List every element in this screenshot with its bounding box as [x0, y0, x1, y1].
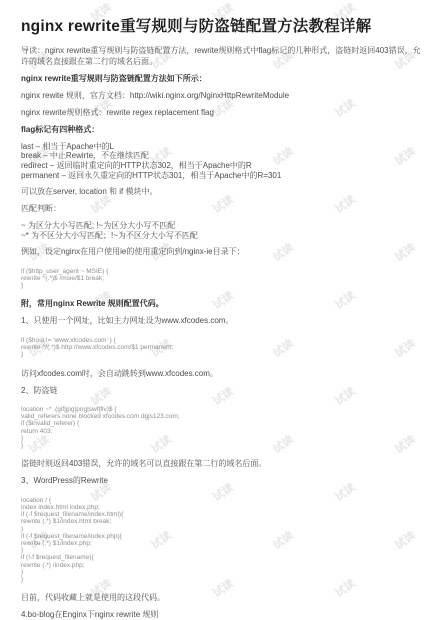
code-block-host-redirect: if ($host != 'www.xfcodes.com' ) { rewri…: [21, 337, 422, 359]
paragraph-item-1: 1、只使用一个网址，比如主力网址设为www.xfcodes.com。: [21, 316, 422, 327]
paragraph-official-doc: nginx rewite 规则，官方文档：http://wiki.nginx.o…: [21, 91, 422, 102]
section-heading-common-code: 附，常用nginx Rewrite 规则配置代码。: [21, 299, 422, 310]
match-rules-list: ~ 为区分大小写匹配; !~为区分大小写不匹配 ~* 为不区分大小写匹配；!~为…: [21, 221, 422, 241]
section-heading-flag: flag标记有四种格式：: [21, 125, 422, 136]
paragraph-ie-example: 例如，设定nginx在用户使用ie的使用重定向到/nginx-ie目录下：: [21, 247, 422, 258]
paragraph-403-note: 盗链时则返回403错误，允许的域名可以直接跟在第二行的域名后面。: [21, 459, 422, 470]
paragraph-current-use: 目前，代码收藏上就是使用的这段代码。: [21, 593, 422, 604]
paragraph-item-3: 3、WordPress的Rewrite: [21, 476, 422, 487]
paragraph-auto-jump: 访问xfcodes.com时，会自动跳转到www.xfcodes.com。: [21, 369, 422, 380]
paragraph-item-2: 2、防盗链: [21, 386, 422, 397]
paragraph-rewrite-format: nginx rewrite规则格式：rewrite regex replacem…: [21, 108, 422, 119]
code-block-msie: if ($http_user_agent ~ MSIE) { rewrite ^…: [21, 268, 422, 290]
code-block-wordpress: location / { index index.html index.php;…: [21, 497, 422, 583]
paragraph-server-location: 可以放在server, location 和 if 模块中。: [21, 187, 422, 198]
section-heading-config: nginx rewrite重写规则与防盗链配置方法如下所示：: [21, 74, 422, 85]
article: nginx rewrite重写规则与防盗链配置方法教程详解 导读：nginx r…: [0, 0, 440, 620]
paragraph-item-4: 4.bo-blog在Enginx下nginx rewrite 规则: [21, 610, 422, 620]
page: { "watermark": { "text": "试读", "color": …: [0, 0, 440, 620]
flag-format-list: last – 相当于Apache中的L break – 中止Rewirte，不在…: [21, 142, 422, 181]
code-block-hotlink: location ~* .(gif|jpg|png|swf|flv)$ { va…: [21, 406, 422, 449]
lead-paragraph: 导读：nginx rewrite重写规则与防盗链配置方法，rewrite规则格式…: [21, 46, 422, 67]
paragraph-match-judge: 匹配判断：: [21, 204, 422, 215]
page-title: nginx rewrite重写规则与防盗链配置方法教程详解: [21, 14, 422, 36]
